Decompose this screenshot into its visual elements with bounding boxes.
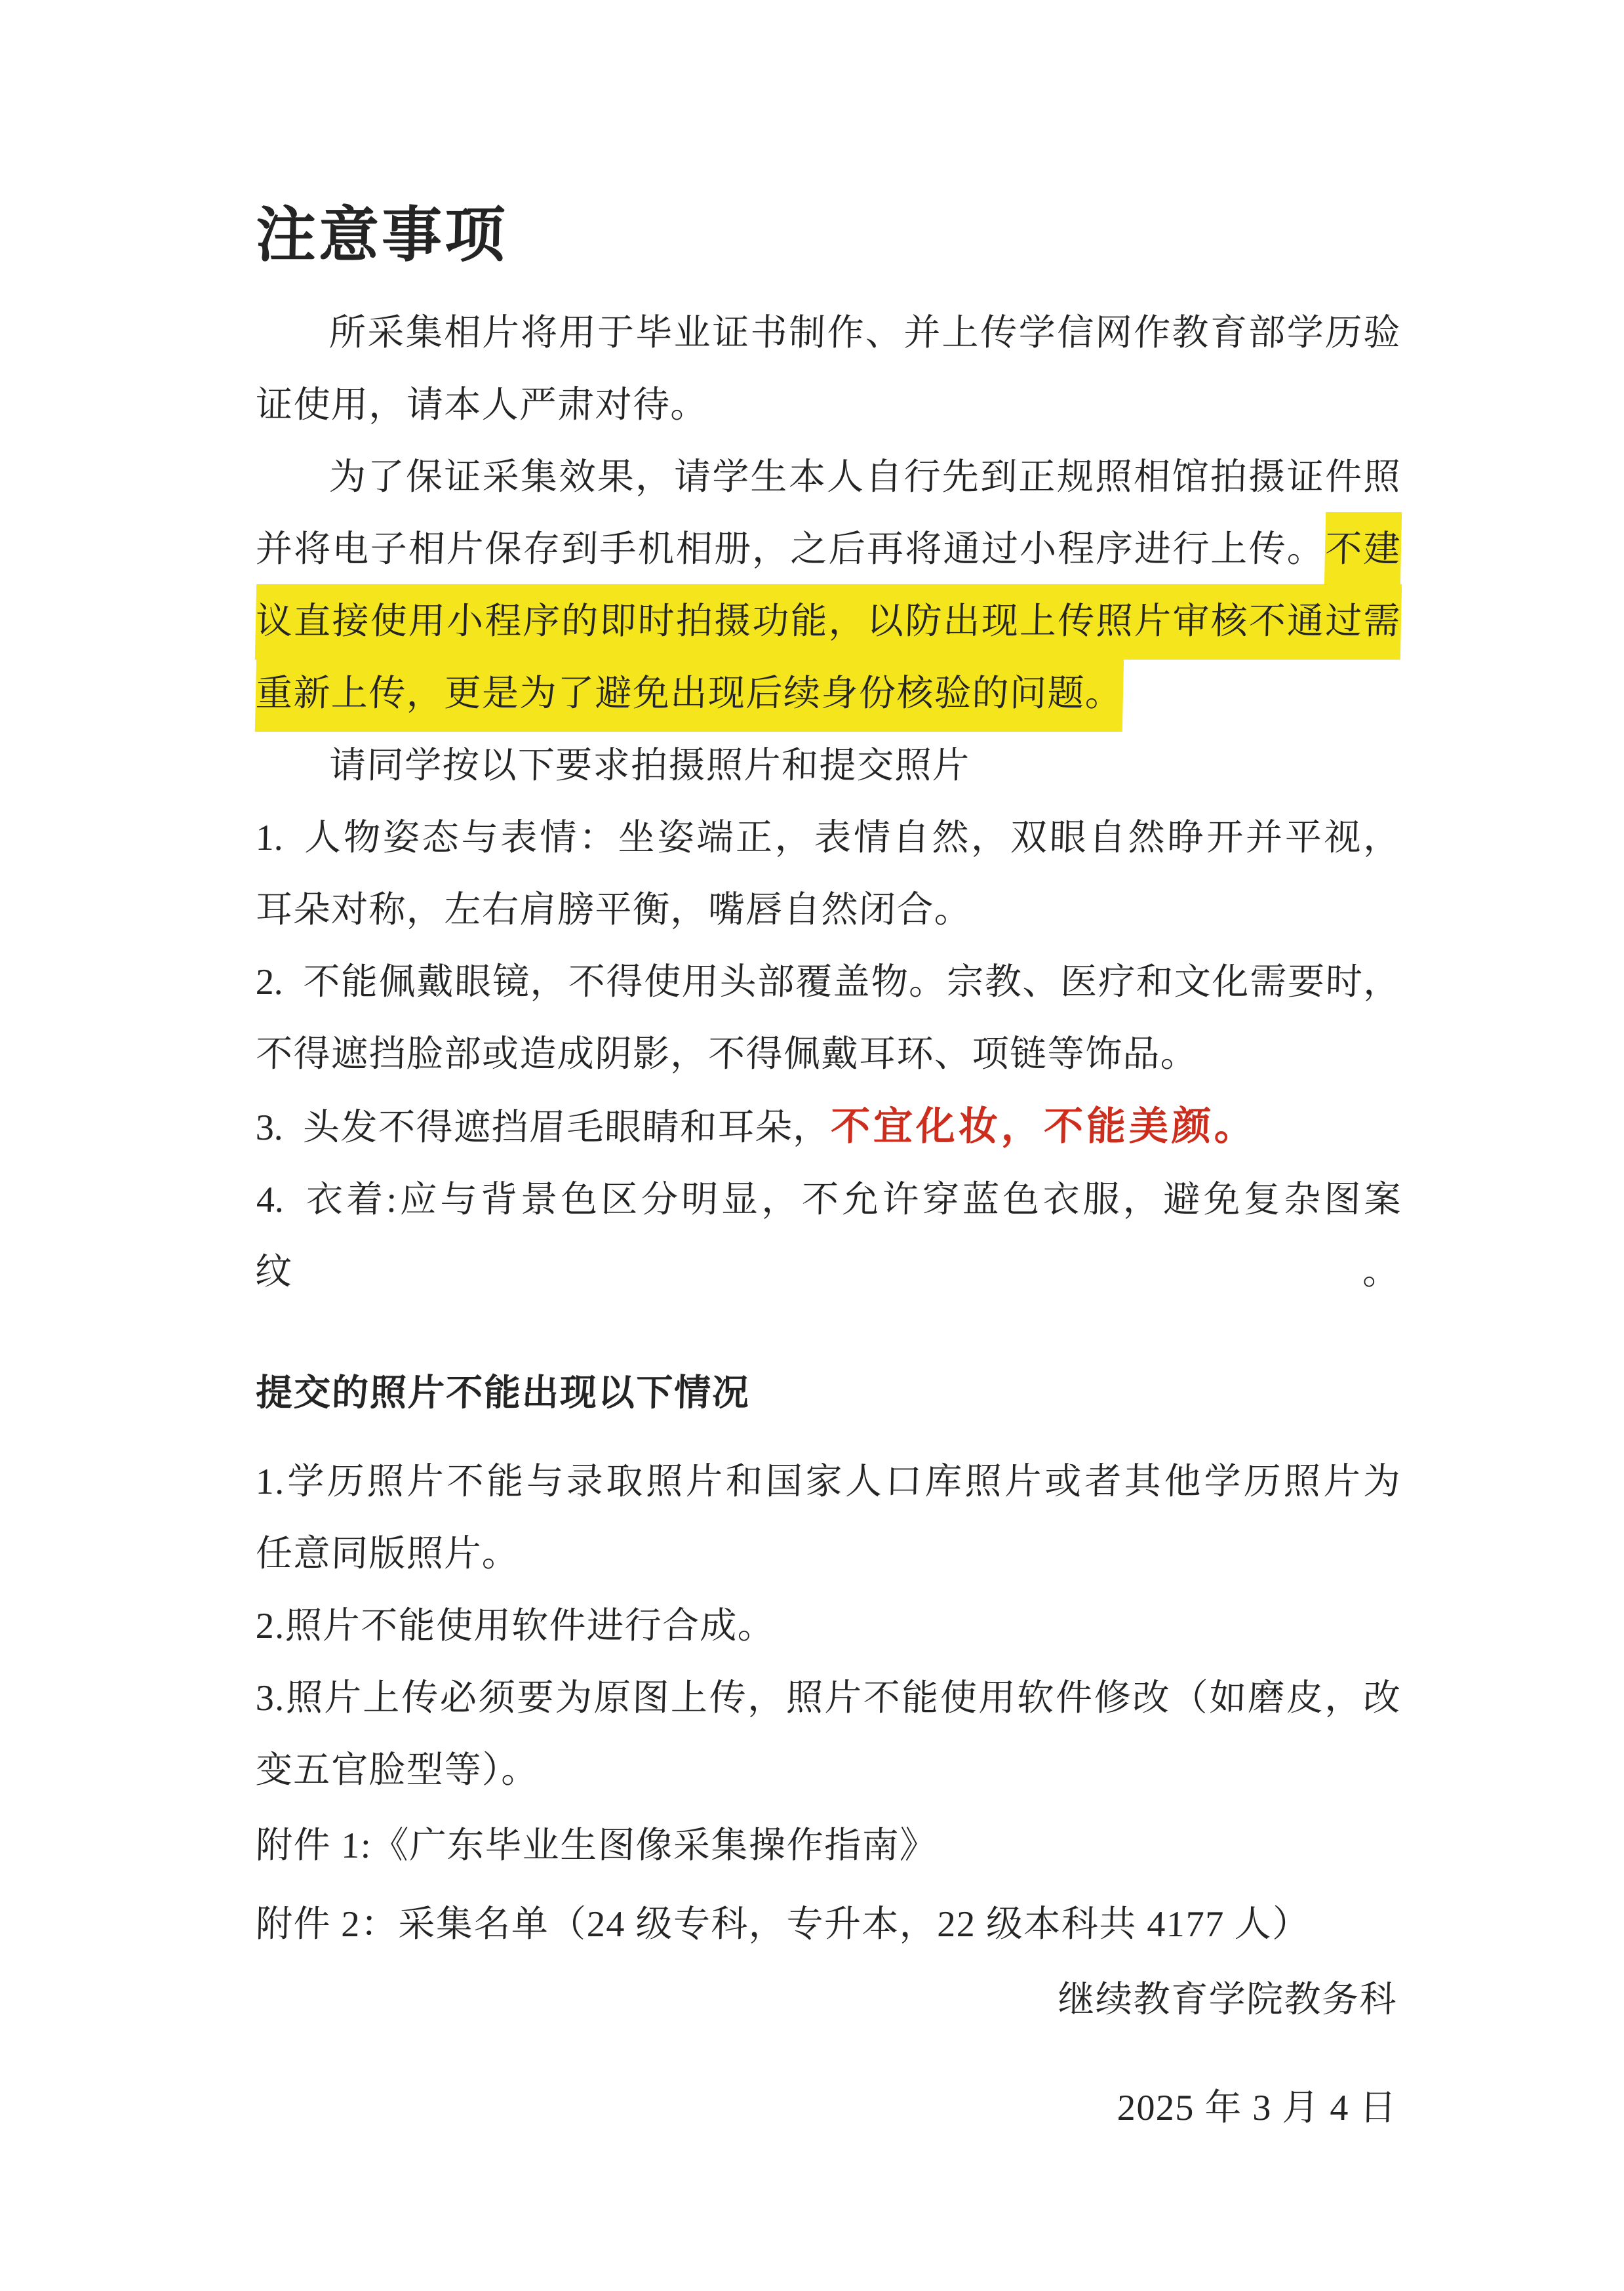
req-item-1-line1: 1.人物姿态与表情：坐姿端正，表情自然，双眼自然睁开并平视， — [255, 802, 1402, 874]
req-item-2-line1: 2.不能佩戴眼镜，不得使用头部覆盖物。宗教、医疗和文化需要时， — [255, 946, 1402, 1018]
highlighted-text-middle: 议直接使用小程序的即时拍摄功能，以防出现上传照片审核不通过需 — [255, 584, 1402, 660]
req-item-2-number: 2. — [255, 962, 283, 1003]
para2-line3: 议直接使用小程序的即时拍摄功能，以防出现上传照片审核不通过需 — [255, 586, 1402, 658]
highlighted-text-end: 重新上传，更是为了避免出现后续身份核验的问题。 — [255, 656, 1124, 732]
req-item-4-line: 4.衣着:应与背景色区分明显，不允许穿蓝色衣服，避免复杂图案纹。 — [254, 1164, 1403, 1308]
req-item-3-text: 头发不得遮挡眉毛眼睛和耳朵， — [302, 1107, 831, 1148]
signature-department: 继续教育学院教务科 — [255, 1964, 1402, 2036]
para1-line1: 所采集相片将用于毕业证书制作、并上传学信网作教育部学历验 — [255, 297, 1402, 369]
red-warning-text: 不宜化妆，不能美颜。 — [830, 1105, 1257, 1148]
req-item-1-text: 人物姿态与表情：坐姿端正，表情自然，双眼自然睁开并平视， — [302, 818, 1401, 858]
forbidden-item-2-line: 2.照片不能使用软件进行合成。 — [255, 1590, 1402, 1662]
attachment-1: 附件 1:《广东毕业生图像采集操作指南》 — [255, 1810, 1402, 1882]
para2-line2: 并将电子相片保存到手机相册，之后再将通过小程序进行上传。不建 — [255, 513, 1402, 586]
req-item-2-line2: 不得遮挡脸部或造成阴影，不得佩戴耳环、项链等饰品。 — [255, 1018, 1402, 1090]
para3-intro: 请同学按以下要求拍摄照片和提交照片 — [255, 730, 1402, 802]
forbidden-item-3-line2: 变五官脸型等）。 — [255, 1734, 1402, 1806]
req-item-4-text: 衣着:应与背景色区分明显，不允许穿蓝色衣服，避免复杂图案纹。 — [254, 1180, 1402, 1292]
scanned-notice-page: 注意事项 所采集相片将用于毕业证书制作、并上传学信网作教育部学历验 证使用，请本… — [0, 0, 1624, 2291]
req-item-4-number: 4. — [256, 1180, 285, 1220]
req-item-2-text: 不能佩戴眼镜，不得使用头部覆盖物。宗教、医疗和文化需要时， — [302, 962, 1401, 1003]
signature-date: 2025 年 3 月 4 日 — [255, 2072, 1402, 2144]
para2-line1: 为了保证采集效果，请学生本人自行先到正规照相馆拍摄证件照 — [255, 441, 1402, 513]
para1-line2: 证使用，请本人严肃对待。 — [255, 369, 1402, 441]
forbidden-item-1-line2: 任意同版照片。 — [255, 1518, 1402, 1590]
section2-heading: 提交的照片不能出现以下情况 — [255, 1357, 1402, 1429]
notice-title: 注意事项 — [255, 193, 1402, 277]
forbidden-item-3-line1: 3.照片上传必须要为原图上传，照片不能使用软件修改（如磨皮，改 — [255, 1662, 1402, 1734]
req-item-1-line2: 耳朵对称，左右肩膀平衡，嘴唇自然闭合。 — [255, 874, 1402, 946]
highlighted-text-start: 不建 — [1324, 512, 1402, 588]
forbidden-item-1-line1: 1.学历照片不能与录取照片和国家人口库照片或者其他学历照片为 — [255, 1446, 1402, 1518]
para2-line4: 重新上传，更是为了避免出现后续身份核验的问题。 — [255, 658, 1402, 730]
para2-line2-text: 并将电子相片保存到手机相册，之后再将通过小程序进行上传。 — [255, 529, 1326, 570]
req-item-3-number: 3. — [255, 1107, 283, 1148]
req-item-3-line: 3.头发不得遮挡眉毛眼睛和耳朵，不宜化妆，不能美颜。 — [255, 1090, 1402, 1164]
attachment-2: 附件 2：采集名单（24 级专科，专升本，22 级本科共 4177 人） — [255, 1888, 1402, 1961]
notice-document: 注意事项 所采集相片将用于毕业证书制作、并上传学信网作教育部学历验 证使用，请本… — [256, 193, 1401, 2144]
req-item-1-number: 1. — [255, 818, 283, 858]
